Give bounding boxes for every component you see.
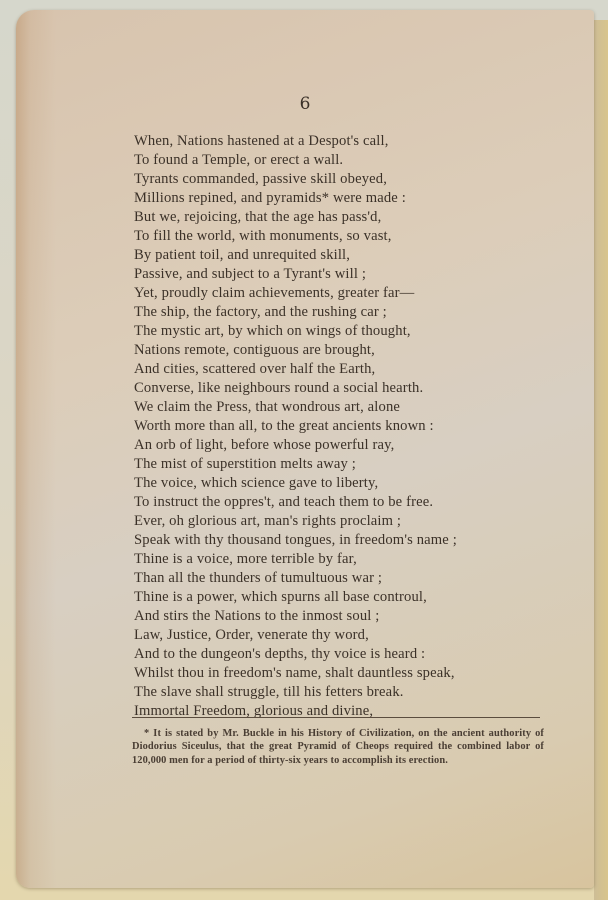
poem-line: And to the dungeon's depths, thy voice i… — [134, 645, 564, 664]
poem-line: Millions repined, and pyramids* were mad… — [134, 189, 564, 208]
poem-line: Tyrants commanded, passive skill obeyed, — [134, 170, 564, 189]
poem-line: To fill the world, with monuments, so va… — [134, 227, 564, 246]
footnote: * It is stated by Mr. Buckle in his Hist… — [132, 727, 544, 767]
poem-line: Yet, proudly claim achievements, greater… — [134, 284, 564, 303]
poem-line: But we, rejoicing, that the age has pass… — [134, 208, 564, 227]
poem-line: And cities, scattered over half the Eart… — [134, 360, 564, 379]
footnote-divider — [132, 717, 540, 718]
poem-line: Immortal Freedom, glorious and divine, — [134, 702, 564, 721]
poem-line: The slave shall struggle, till his fette… — [134, 683, 564, 702]
poem-line: To found a Temple, or erect a wall. — [134, 151, 564, 170]
poem-line: To instruct the oppres't, and teach them… — [134, 493, 564, 512]
poem-line: Passive, and subject to a Tyrant's will … — [134, 265, 564, 284]
poem-line: The ship, the factory, and the rushing c… — [134, 303, 564, 322]
poem-line: By patient toil, and unrequited skill, — [134, 246, 564, 265]
poem-line: Whilst thou in freedom's name, shalt dau… — [134, 664, 564, 683]
poem-line: Than all the thunders of tumultuous war … — [134, 569, 564, 588]
poem-line: Nations remote, contiguous are brought, — [134, 341, 564, 360]
poem-line: Thine is a power, which spurns all base … — [134, 588, 564, 607]
poem-line: Speak with thy thousand tongues, in free… — [134, 531, 564, 550]
page-number: 6 — [16, 94, 594, 114]
poem-body: When, Nations hastened at a Despot's cal… — [134, 132, 564, 721]
poem-line: We claim the Press, that wondrous art, a… — [134, 398, 564, 417]
adjacent-page-edge — [594, 20, 608, 900]
poem-line: The mystic art, by which on wings of tho… — [134, 322, 564, 341]
poem-line: Thine is a voice, more terrible by far, — [134, 550, 564, 569]
poem-line: When, Nations hastened at a Despot's cal… — [134, 132, 564, 151]
poem-line: Converse, like neighbours round a social… — [134, 379, 564, 398]
poem-line: An orb of light, before whose powerful r… — [134, 436, 564, 455]
document-page: 6 When, Nations hastened at a Despot's c… — [16, 10, 594, 888]
poem-line: Ever, oh glorious art, man's rights proc… — [134, 512, 564, 531]
poem-line: Worth more than all, to the great ancien… — [134, 417, 564, 436]
poem-line: Law, Justice, Order, venerate thy word, — [134, 626, 564, 645]
poem-line: And stirs the Nations to the inmost soul… — [134, 607, 564, 626]
poem-line: The mist of superstition melts away ; — [134, 455, 564, 474]
poem-line: The voice, which science gave to liberty… — [134, 474, 564, 493]
